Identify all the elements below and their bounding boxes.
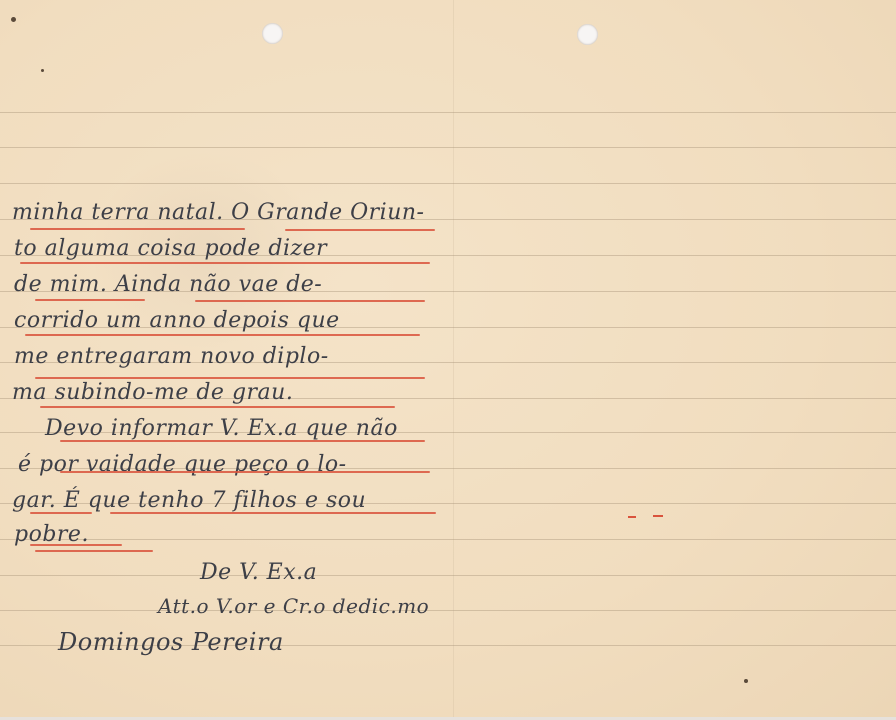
red-ink-mark — [653, 515, 663, 517]
ruled-line — [0, 147, 896, 148]
red-underline — [35, 299, 145, 301]
letter-line: de mim. Ainda não vae de- — [14, 272, 322, 297]
letter-line: to alguma coisa pode dizer — [14, 236, 327, 261]
red-underline — [25, 334, 420, 336]
red-underline — [30, 512, 92, 514]
ruled-line — [0, 112, 896, 113]
red-underline — [20, 262, 430, 264]
ink-speck — [744, 679, 748, 683]
letter-page: minha terra natal. O Grande Oriun- to al… — [0, 0, 896, 717]
punch-hole-left — [262, 23, 283, 44]
closing-line: De V. Ex.a — [200, 560, 317, 585]
red-underline — [35, 550, 153, 552]
letter-line: minha terra natal. O Grande Oriun- — [12, 200, 424, 225]
red-underline — [30, 228, 245, 230]
ruled-line — [0, 183, 896, 184]
letter-line: me entregaram novo diplo- — [14, 344, 329, 369]
ruled-line — [0, 610, 896, 611]
letter-line: Devo informar V. Ex.a que não — [45, 416, 398, 441]
ink-speck — [11, 17, 16, 22]
ink-speck — [41, 69, 44, 72]
punch-hole-right — [577, 24, 598, 45]
signature: Domingos Pereira — [58, 628, 284, 656]
letter-line: é por vaidade que peço o lo- — [18, 452, 347, 477]
red-underline — [285, 229, 435, 231]
ruled-line — [0, 539, 896, 540]
letter-line: gar. É que tenho 7 filhos e sou — [12, 488, 366, 513]
letter-line: ma subindo-me de grau. — [12, 380, 293, 405]
red-underline — [110, 512, 436, 514]
red-ink-mark — [628, 516, 636, 518]
red-underline — [195, 300, 425, 302]
ruled-line — [0, 575, 896, 576]
red-underline — [40, 406, 395, 408]
red-underline — [60, 471, 430, 473]
letter-line: corrido um anno depois que — [14, 308, 340, 333]
red-underline — [35, 377, 425, 379]
red-underline — [60, 440, 425, 442]
red-underline — [30, 544, 122, 546]
closing-line: Att.o V.or e Cr.o dedic.mo — [158, 594, 429, 618]
